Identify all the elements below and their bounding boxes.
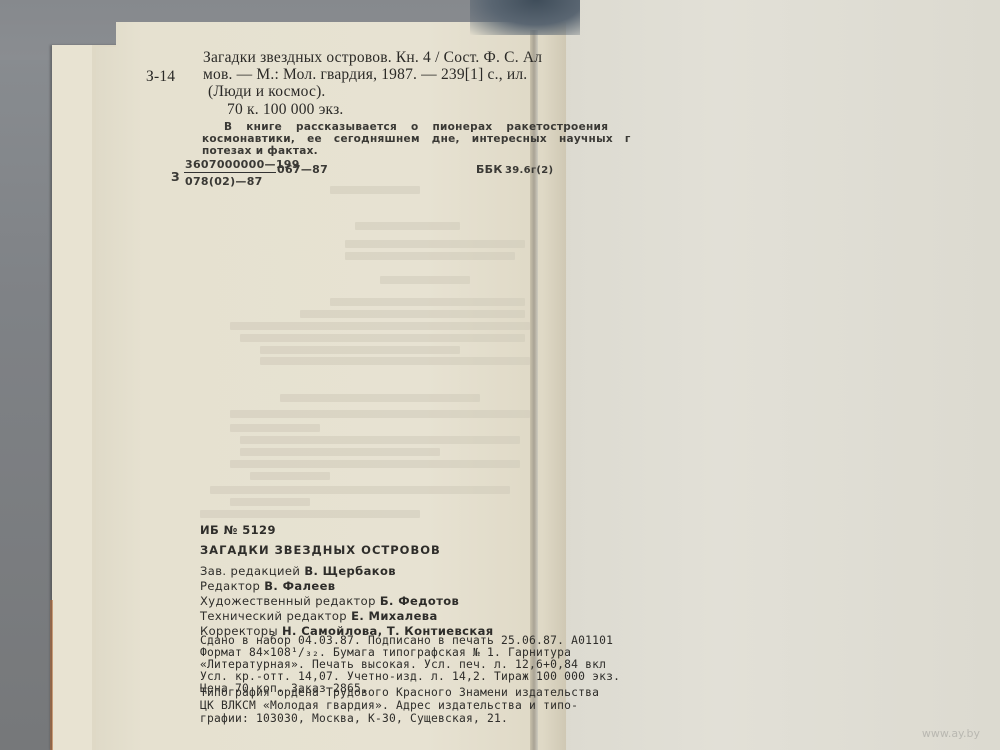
bbk-label: ББК xyxy=(476,163,503,176)
code-fraction-line xyxy=(184,172,276,173)
annotation-line-3: потезах и фактах. xyxy=(202,145,318,157)
watermark: www.ay.by xyxy=(922,727,980,740)
credit-name: В. Фалеев xyxy=(264,579,335,593)
credit-role: Технический редактор xyxy=(200,609,347,623)
catalog-line-2: мов. — М.: Мол. гвардия, 1987. — 239[1] … xyxy=(203,66,527,84)
colophon-title: ЗАГАДКИ ЗВЕЗДНЫХ ОСТРОВОВ xyxy=(200,543,441,557)
cover-edge xyxy=(50,600,53,750)
credit-role: Редактор xyxy=(200,579,260,593)
printer-line-3: графии: 103030, Москва, К-30, Сущевская,… xyxy=(200,712,508,725)
credit-editor: Редактор В. Фалеев xyxy=(200,579,335,593)
credit-chief-editor: Зав. редакцией В. Щербаков xyxy=(200,564,396,578)
printer-line-2: ЦК ВЛКСМ «Молодая гвардия». Адрес издате… xyxy=(200,699,578,712)
credit-name: Б. Федотов xyxy=(380,594,459,608)
catalog-line-1: Загадки звездных островов. Кн. 4 / Сост.… xyxy=(203,49,542,67)
code-letter: З xyxy=(171,170,180,184)
annotation-line-1: В книге рассказывается о пионерах ракето… xyxy=(224,121,608,133)
code-denominator: 078(02)—87 xyxy=(185,175,263,188)
printer-line-1-visible: Типография ордена Трудового Красного Зна… xyxy=(200,686,599,699)
catalog-line-3: (Люди и космос). xyxy=(208,83,326,101)
credit-tech-editor: Технический редактор Е. Михалева xyxy=(200,609,438,623)
spine-shadow xyxy=(470,0,580,35)
catalog-index: З-14 xyxy=(146,68,175,86)
code-suffix: 067—87 xyxy=(277,163,328,176)
catalog-price-run: 70 к. 100 000 экз. xyxy=(227,101,343,119)
credit-role: Зав. редакцией xyxy=(200,564,300,578)
credit-name: В. Щербаков xyxy=(304,564,396,578)
ib-number: ИБ № 5129 xyxy=(200,523,276,537)
credit-art-editor: Художественный редактор Б. Федотов xyxy=(200,594,459,608)
credit-role: Художественный редактор xyxy=(200,594,376,608)
credit-name: Е. Михалева xyxy=(351,609,438,623)
annotation-line-2: космонавтики, ее сегодняшнем дне, интере… xyxy=(202,133,631,145)
bbk-value: 39.6г(2) xyxy=(505,165,553,176)
